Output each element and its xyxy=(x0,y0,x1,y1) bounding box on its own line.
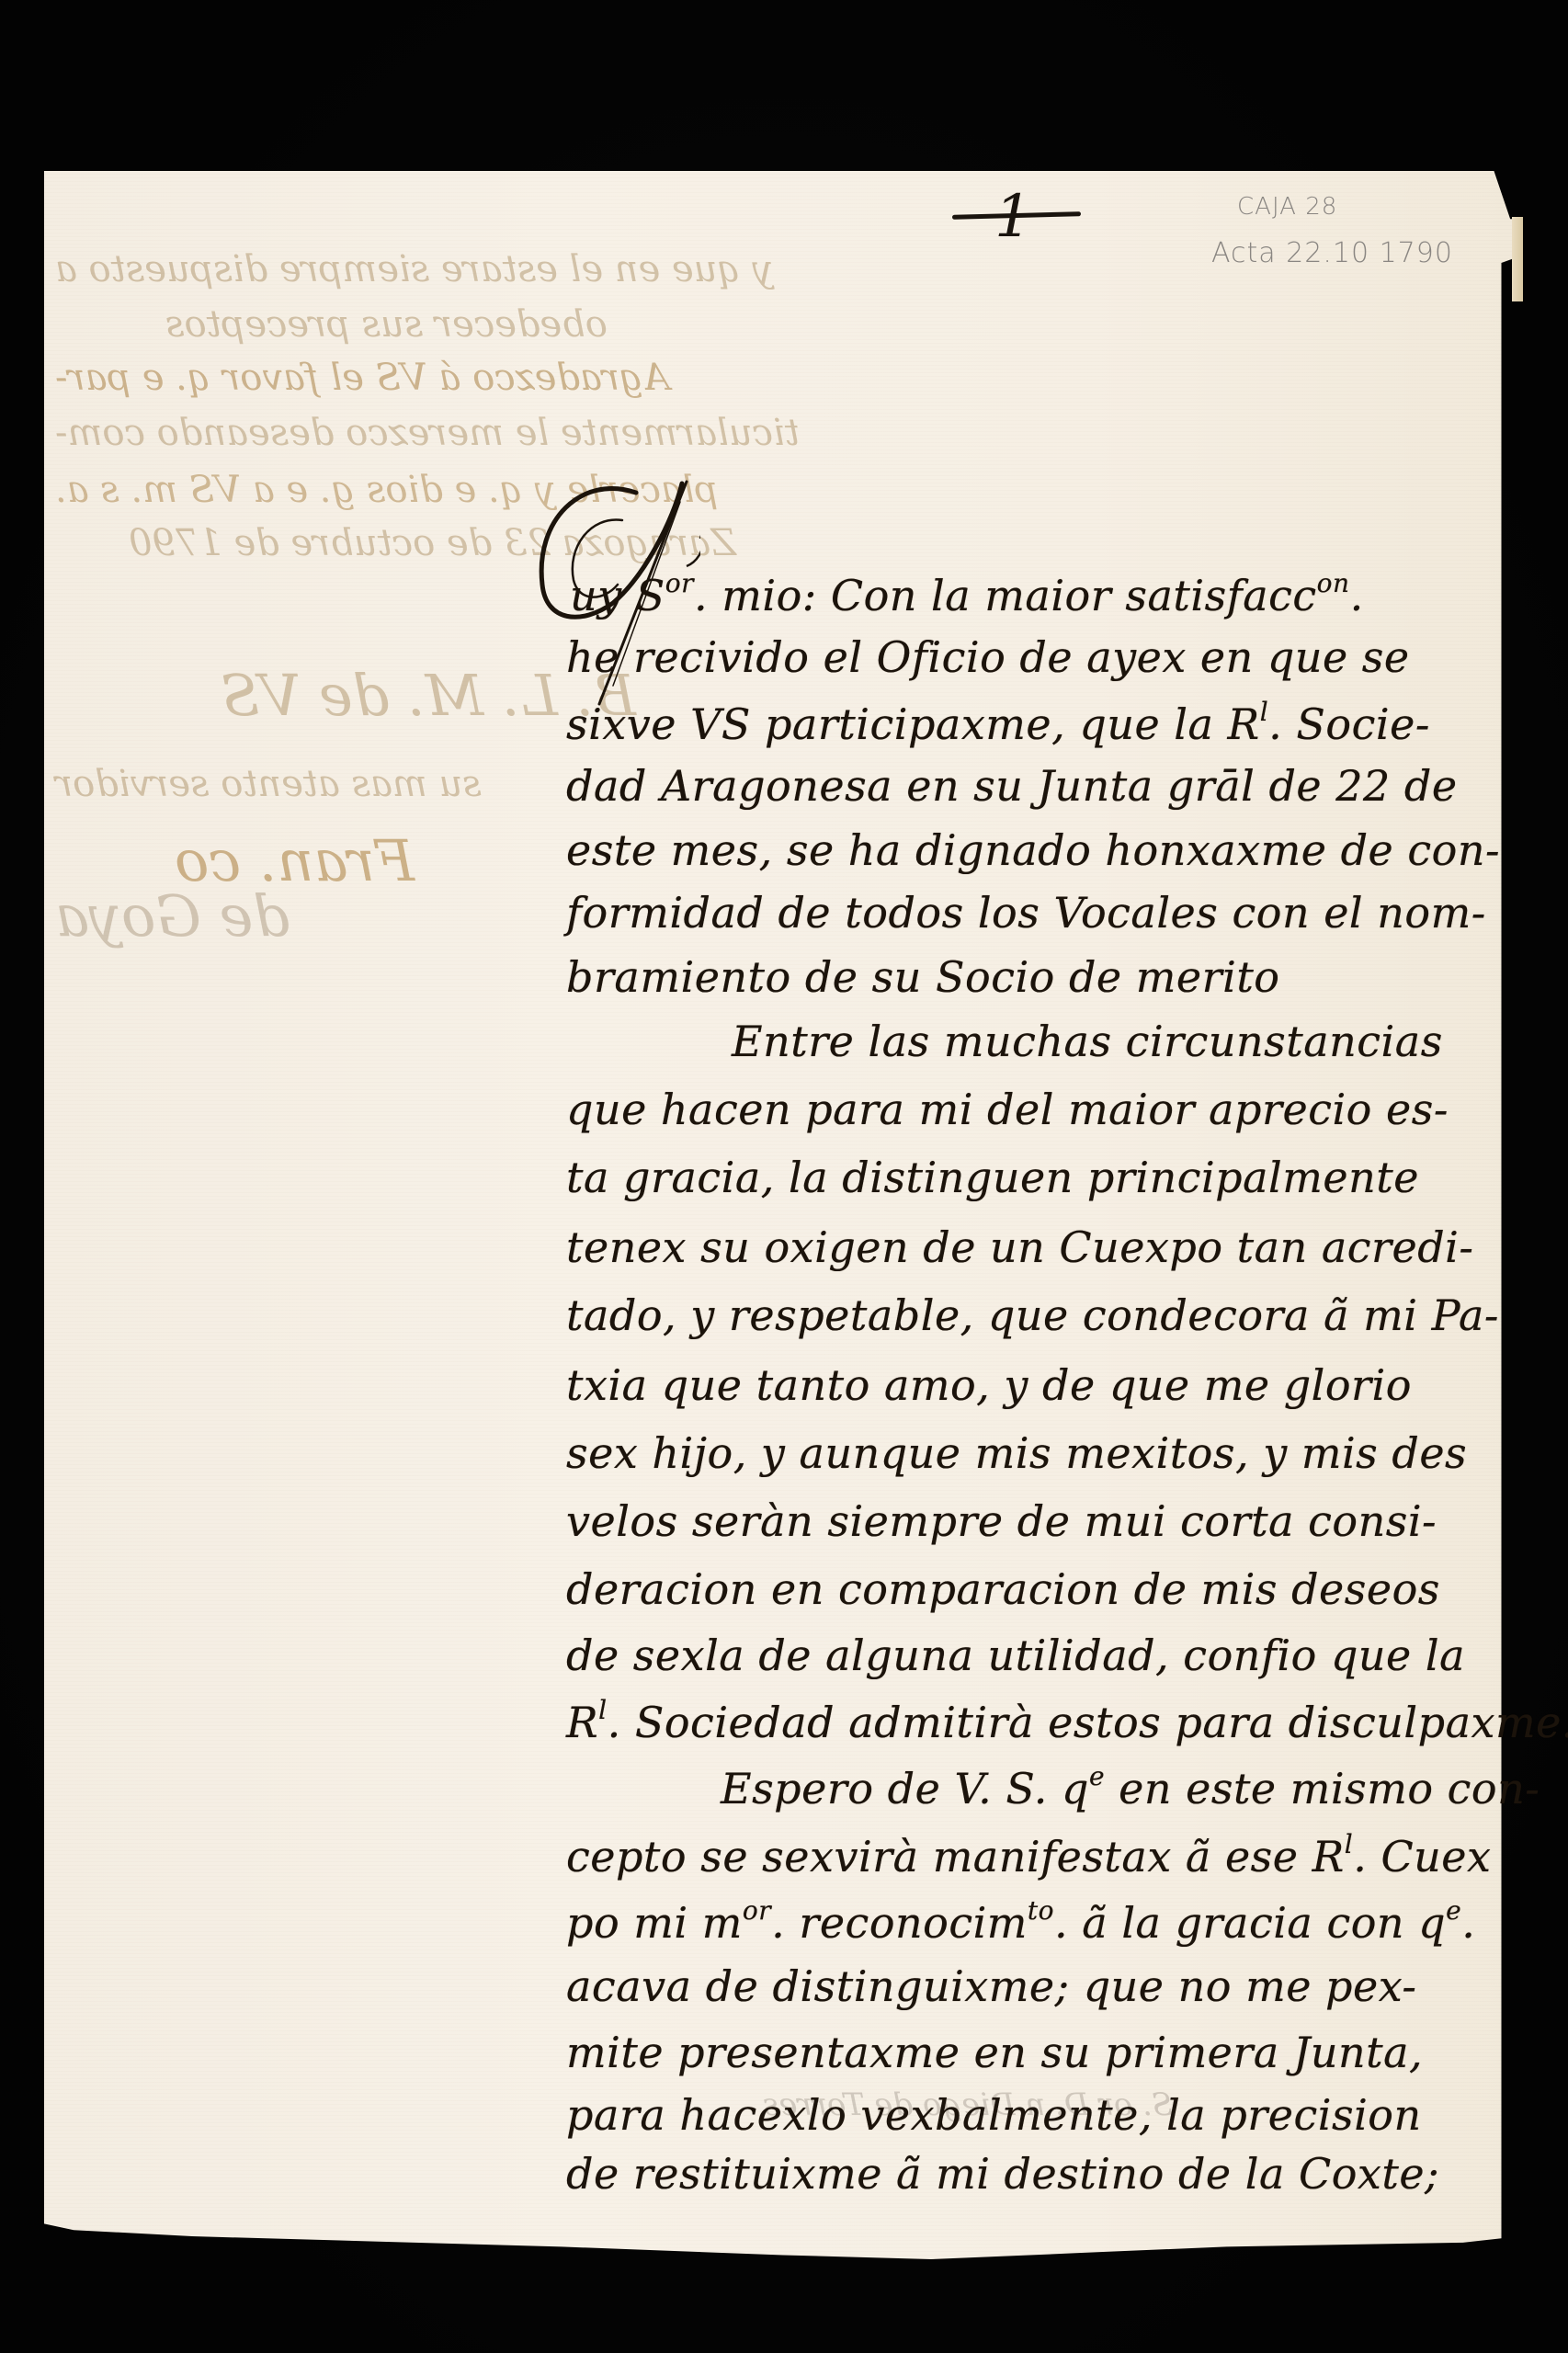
letter-line-24: para hacexlo vexbalmente, la precision xyxy=(566,2090,1422,2140)
letter-line-22: acava de distinguixme; que no me pex- xyxy=(566,1961,1416,2011)
letter-line-25: de restituixme ã mi destino de la Coxte; xyxy=(566,2149,1439,2199)
folded-page-corner xyxy=(1512,217,1523,301)
letter-line-2: he recivido el Oficio de ayex en que se xyxy=(566,632,1410,682)
letter-line-17: de sexla de alguna utilidad, confio que … xyxy=(566,1631,1465,1680)
letter-line-5: este mes, se ha dignado honxaxme de con- xyxy=(566,825,1500,875)
archive-box-annotation: CAJA 28 xyxy=(1237,193,1337,221)
bleed-through-line: y que en el estare siempre dispuesto a xyxy=(55,248,773,290)
bleed-through-line: obedecer sus preceptos xyxy=(165,303,608,346)
archive-acta-annotation: Acta 22.10 1790 xyxy=(1211,237,1453,269)
folio-number-mark: 1 xyxy=(952,193,1090,248)
letter-line-9: que hacen para mi del maior aprecio es- xyxy=(566,1085,1449,1134)
letter-line-18: Rl. Sociedad admitirà estos para disculp… xyxy=(566,1695,1568,1747)
bleed-through-signature: de Goya xyxy=(55,882,290,949)
letter-line-3: sixve VS participaxme, que la Rl. Socie- xyxy=(566,697,1430,749)
letter-line-11: tenex su oxigen de un Cuexpo tan acredi- xyxy=(566,1222,1473,1272)
bleed-through-line: Agradezco á VS el favor q. e par- xyxy=(55,357,669,399)
letter-line-10: ta gracia, la distinguen principalmente xyxy=(566,1153,1419,1202)
letter-line-15: velos seràn siempre de mui corta consi- xyxy=(566,1496,1437,1546)
letter-line-12: tado, y respetable, que condecora ã mi P… xyxy=(566,1290,1499,1340)
letter-line-21: po mi mor. reconocimto. ã la gracia con … xyxy=(566,1895,1475,1948)
letter-line-20: cepto se sexvirà manifestax ã ese Rl. Cu… xyxy=(566,1829,1491,1881)
bleed-through-closing-2: su mas atento servidor xyxy=(55,763,482,805)
letter-line-4: dad Aragonesa en su Junta grāl de 22 de xyxy=(566,761,1458,811)
letter-line-7: bramiento de su Socio de merito xyxy=(566,952,1280,1002)
letter-line-14: sex hijo, y aunque mis mexitos, y mis de… xyxy=(566,1428,1467,1478)
folio-number: 1 xyxy=(994,188,1032,246)
letter-line-23: mite presentaxme en su primera Junta, xyxy=(566,2028,1423,2077)
letter-line-13: txia que tanto amo, y de que me glorio xyxy=(566,1360,1412,1410)
letter-line-8: Entre las muchas circunstancias xyxy=(732,1017,1443,1066)
letter-line-1: uy Sor. mio: Con la maior satisfaccon. xyxy=(570,568,1364,620)
letter-line-16: deracion en comparacion de mis deseos xyxy=(566,1564,1440,1614)
letter-line-6: formidad de todos los Vocales con el nom… xyxy=(566,888,1486,938)
letter-line-19: Espero de V. S. qe en este mismo con- xyxy=(721,1761,1540,1813)
bleed-through-line: ticularmente le merezco deseando com- xyxy=(55,412,800,454)
